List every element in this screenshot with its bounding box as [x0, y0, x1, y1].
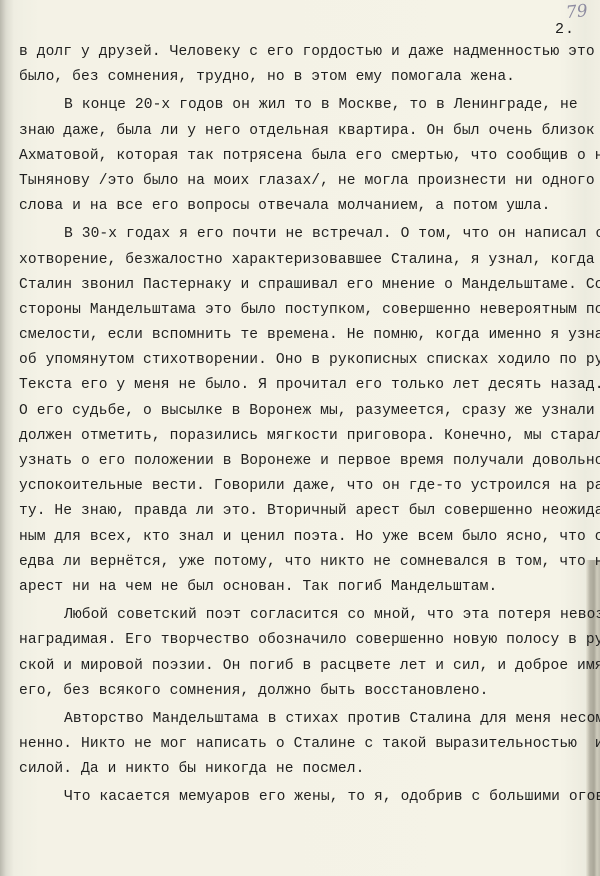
paragraph: В конце 20-х годов он жил то в Москве, т… [19, 93, 599, 219]
text-line: ным для всех, кто знал и ценил поэта. Но… [19, 525, 599, 550]
text-line: об упомянутом стихотворении. Оно в рукоп… [19, 348, 599, 373]
paragraph: Любой советский поэт согласится со мной,… [19, 603, 599, 704]
text-line: Что касается мемуаров его жены, то я, од… [19, 785, 599, 810]
text-line: стороны Мандельштама это было поступком,… [19, 298, 599, 323]
text-line: узнать о его положении в Воронеже и перв… [19, 449, 599, 474]
paragraph: Что касается мемуаров его жены, то я, од… [19, 785, 599, 810]
text-line: Текста его у меня не было. Я прочитал ег… [19, 373, 599, 398]
text-line: Любой советский поэт согласится со мной,… [19, 603, 599, 628]
text-line: успокоительные вести. Говорили даже, что… [19, 474, 599, 499]
text-line: В 30-х годах я его почти не встречал. О … [19, 222, 599, 247]
text-line: О его судьбе, о высылке в Воронеж мы, ра… [19, 399, 599, 424]
text-line: Сталин звонил Пастернаку и спрашивал его… [19, 273, 599, 298]
handwritten-folio-number: 79 [565, 1, 589, 23]
text-line: силой. Да и никто бы никогда не посмел. [19, 757, 599, 782]
text-line: Тынянову /это было на моих глазах/, не м… [19, 169, 599, 194]
text-line: ской и мировой поэзии. Он погиб в расцве… [19, 654, 599, 679]
text-line: ту. Не знаю, правда ли это. Вторичный ар… [19, 499, 599, 524]
text-line: слова и на все его вопросы отвечала молч… [19, 194, 599, 219]
paragraph: в долг у друзей. Человеку с его гордость… [19, 40, 599, 90]
text-line: было, без сомнения, трудно, но в этом ем… [19, 65, 599, 90]
text-line: арест ни на чем не был основан. Так поги… [19, 575, 599, 600]
text-line: должен отметить, поразились мягкости при… [19, 424, 599, 449]
page-number: 2. [555, 21, 575, 38]
text-line: Ахматовой, которая так потрясена была ег… [19, 144, 599, 169]
text-line: смелости, если вспомнить те времена. Не … [19, 323, 599, 348]
document-body: в долг у друзей. Человеку с его гордость… [19, 40, 599, 811]
text-line: В конце 20-х годов он жил то в Москве, т… [19, 93, 599, 118]
paragraph: Авторство Мандельштама в стихах против С… [19, 707, 599, 783]
text-line: едва ли вернётся, уже потому, что никто … [19, 550, 599, 575]
text-line: ненно. Никто не мог написать о Сталине с… [19, 732, 599, 757]
text-line: его, без всякого сомнения, должно быть в… [19, 679, 599, 704]
text-line: наградимая. Его творчество обозначило со… [19, 628, 599, 653]
text-line: Авторство Мандельштама в стихах против С… [19, 707, 599, 732]
paragraph: В 30-х годах я его почти не встречал. О … [19, 222, 599, 600]
text-line: в долг у друзей. Человеку с его гордость… [19, 40, 599, 65]
text-line: знаю даже, была ли у него отдельная квар… [19, 119, 599, 144]
typewritten-page: 79 2. в долг у друзей. Человеку с его го… [0, 0, 600, 876]
text-line: хотворение, безжалостно характеризовавше… [19, 248, 599, 273]
